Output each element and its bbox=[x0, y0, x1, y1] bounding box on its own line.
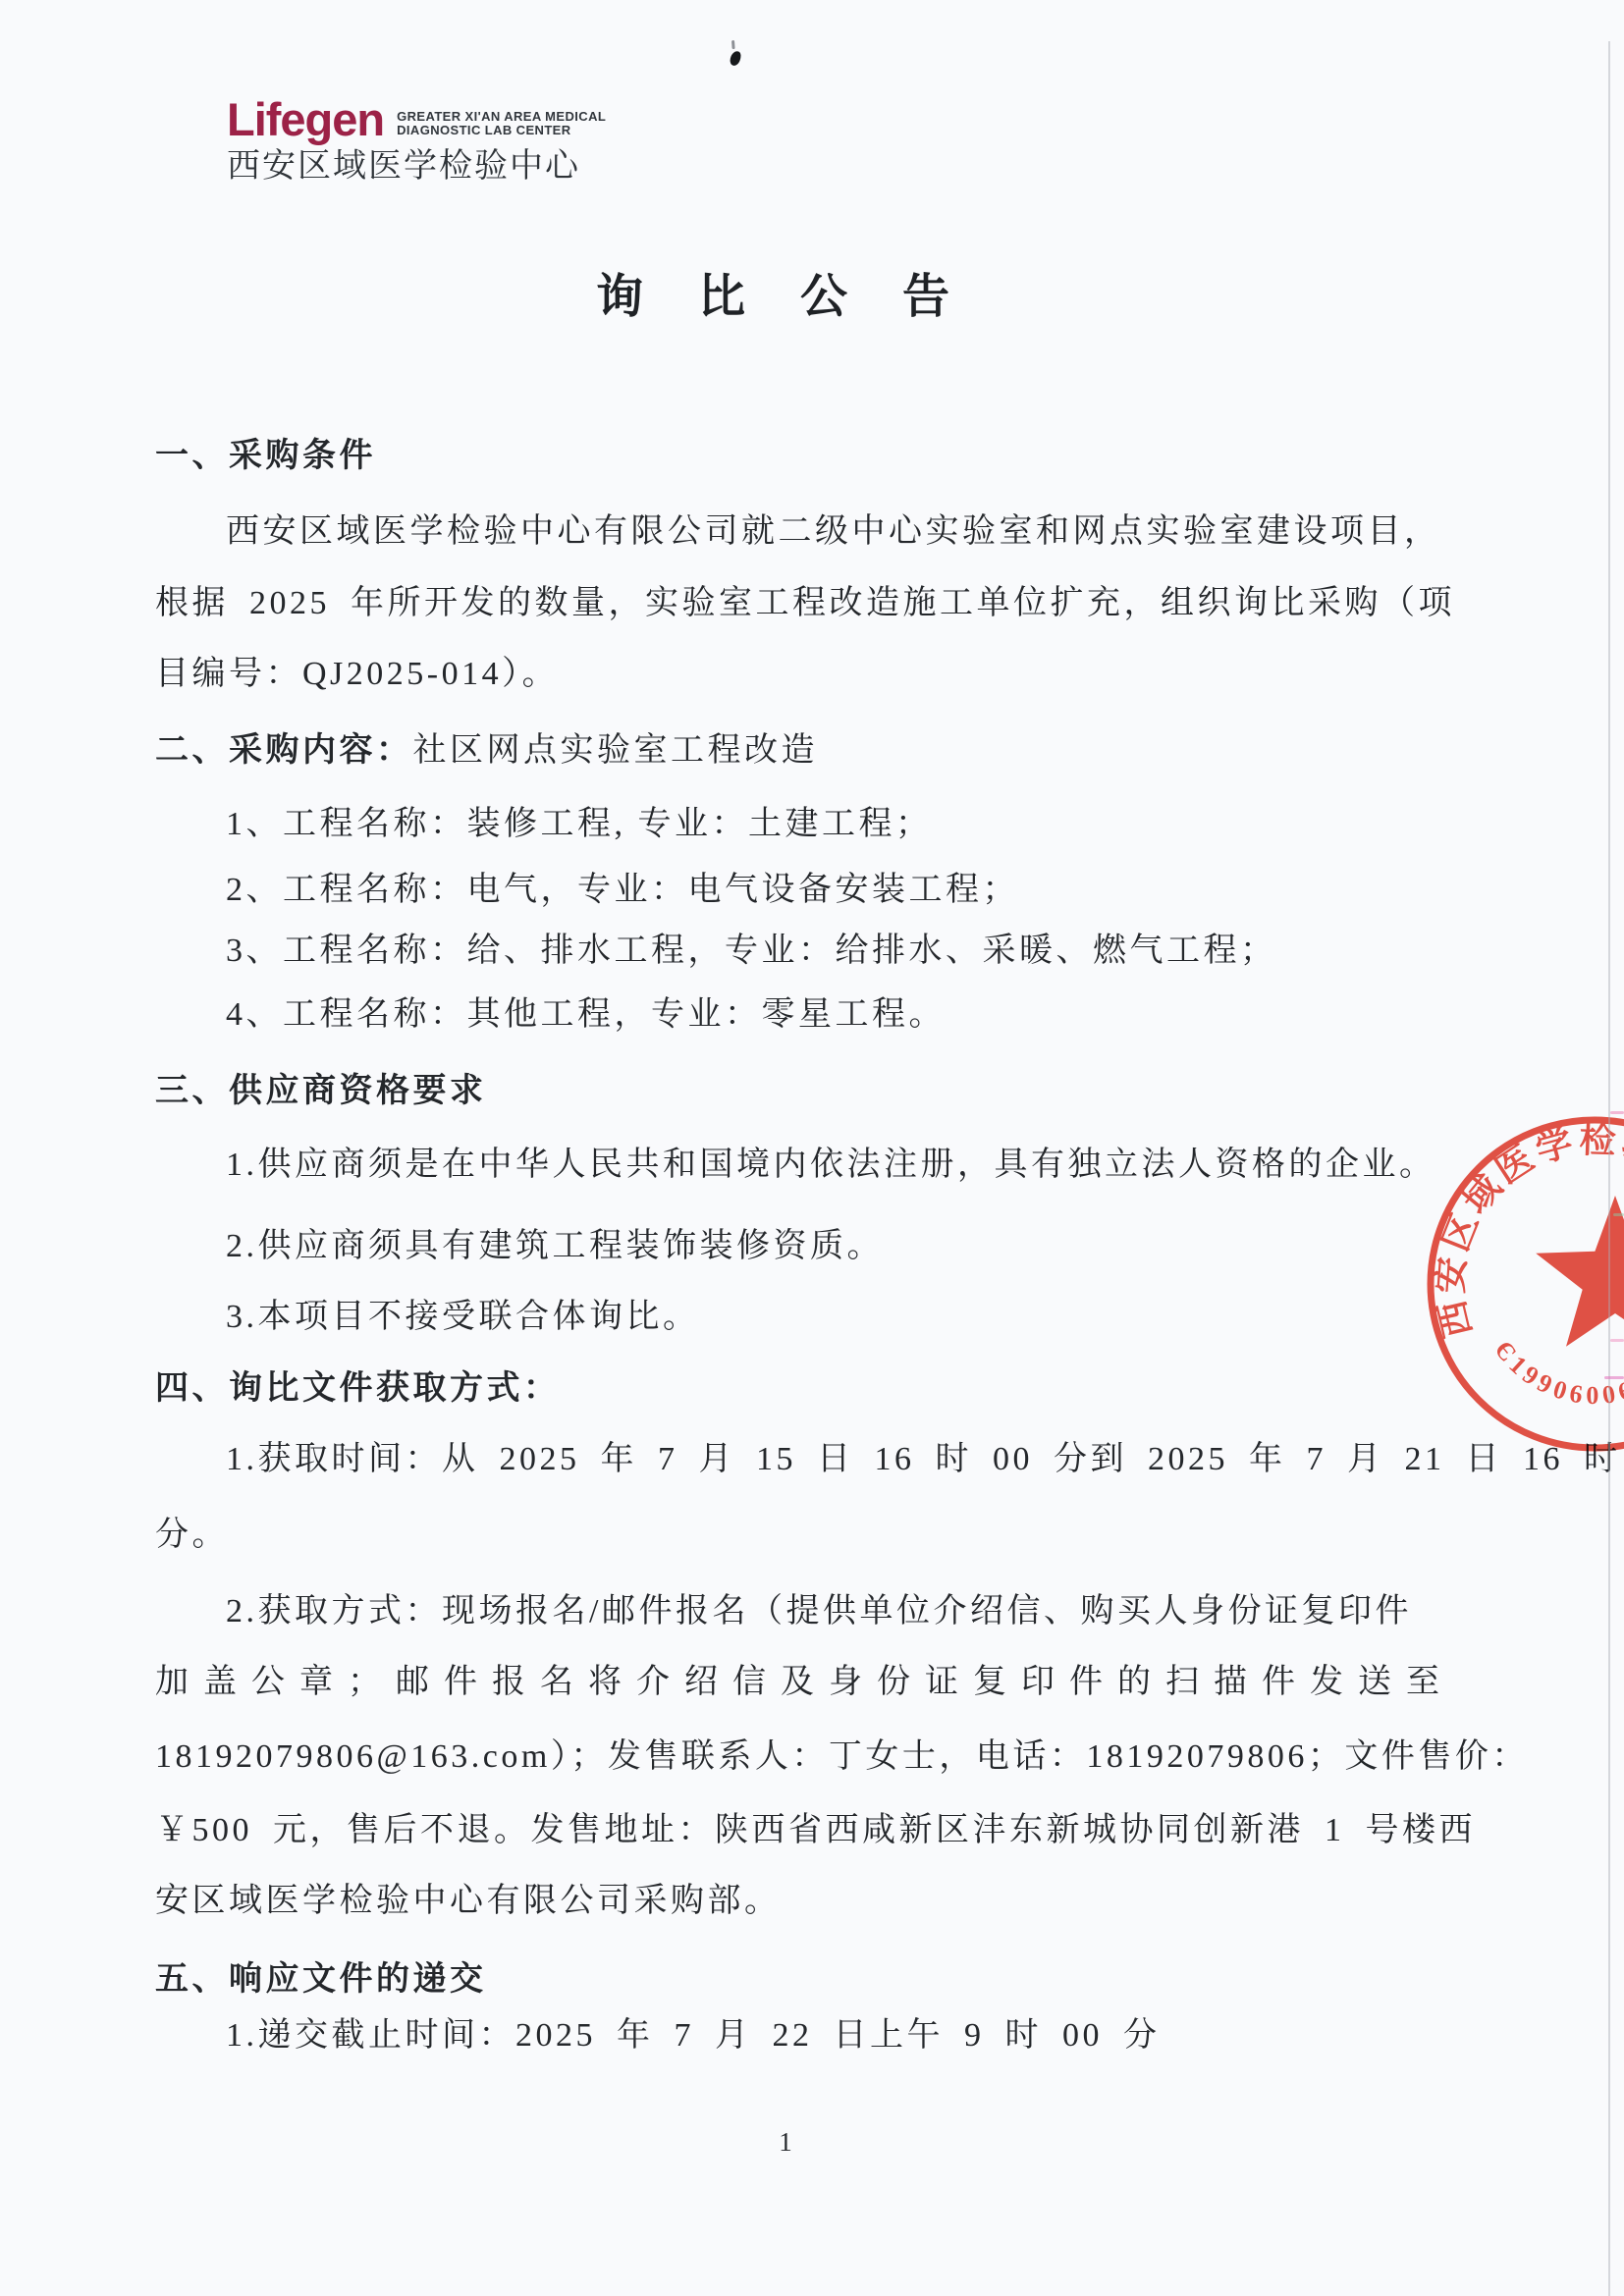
page-number: 1 bbox=[756, 2127, 815, 2158]
project-item: 4、工程名称：其他工程，专业：零星工程。 bbox=[226, 993, 946, 1037]
project-item: 2、工程名称：电气，专业：电气设备安装工程； bbox=[226, 869, 1019, 912]
qualification-item: 1.供应商须是在中华人民共和国境内依法注册，具有独立法人资格的企业。 bbox=[226, 1144, 1436, 1187]
tagline-line1: GREATER XI'AN AREA MEDICAL bbox=[397, 110, 606, 124]
obtain-method-line: 2.获取方式：现场报名/邮件报名（提供单位介绍信、购买人身份证复印件 bbox=[226, 1590, 1412, 1633]
section-3-heading: 三、供应商资格要求 bbox=[155, 1070, 487, 1113]
obtain-method-line: ￥500 元，售后不退。发售地址：陕西省西咸新区沣东新城协同创新港 1 号楼西 bbox=[155, 1809, 1476, 1852]
ink-mark bbox=[729, 50, 741, 67]
company-seal: 西安区域医学检验中心 Є1990600613 bbox=[1414, 1097, 1624, 1490]
scan-artifact bbox=[1613, 1213, 1624, 1216]
section-1-paragraph-line: 西安区域医学检验中心有限公司就二级中心实验室和网点实验室建设项目， bbox=[226, 510, 1441, 554]
deadline-line: 1.递交截止时间：2025 年 7 月 22 日上午 9 时 00 分 bbox=[226, 2014, 1161, 2057]
lifegen-logo-text: Lifegen bbox=[227, 96, 384, 142]
qualification-item: 2.供应商须具有建筑工程装饰装修资质。 bbox=[226, 1225, 884, 1268]
section-2-number: 二、 bbox=[155, 732, 229, 769]
project-item: 1、工程名称：装修工程, 专业：土建工程； bbox=[226, 803, 933, 846]
scan-artifact bbox=[1604, 1376, 1624, 1379]
seal-serial-text: Є1990600613 bbox=[1489, 1336, 1624, 1411]
section-2-heading: 二、采购内容：社区网点实验室工程改造 bbox=[155, 729, 818, 773]
section-1-paragraph-line: 目编号：QJ2025-014）。 bbox=[155, 653, 559, 696]
obtain-time-line: 分。 bbox=[155, 1514, 229, 1557]
section-1-heading: 一、采购条件 bbox=[155, 435, 376, 478]
project-item: 3、工程名称：给、排水工程，专业：给排水、采暖、燃气工程； bbox=[226, 930, 1277, 973]
letterhead: Lifegen GREATER XI'AN AREA MEDICAL DIAGN… bbox=[227, 96, 606, 184]
qualification-item: 3.本项目不接受联合体询比。 bbox=[226, 1296, 700, 1339]
scan-artifact bbox=[1610, 1339, 1624, 1342]
scanned-announcement-page: Lifegen GREATER XI'AN AREA MEDICAL DIAGN… bbox=[0, 0, 1624, 2296]
section-1-paragraph-line: 根据 2025 年所开发的数量，实验室工程改造施工单位扩充，组织询比采购（项 bbox=[155, 582, 1455, 625]
document-title: 询 比 公 告 bbox=[155, 271, 1412, 324]
obtain-method-line: 安区域医学检验中心有限公司采购部。 bbox=[155, 1880, 782, 1923]
logo-tagline: GREATER XI'AN AREA MEDICAL DIAGNOSTIC LA… bbox=[397, 96, 606, 137]
obtain-method-line: 18192079806@163.com）；发售联系人：丁女士，电话：181920… bbox=[155, 1735, 1529, 1779]
tagline-line2: DIAGNOSTIC LAB CENTER bbox=[397, 124, 606, 137]
logo-row: Lifegen GREATER XI'AN AREA MEDICAL DIAGN… bbox=[227, 96, 606, 142]
obtain-method-line: 加盖公章；邮件报名将介绍信及身份证复印件的扫描件发送至 bbox=[155, 1661, 1454, 1704]
section-2-heading-rest: 社区网点实验室工程改造 bbox=[413, 732, 819, 769]
section-4-heading: 四、询比文件获取方式： bbox=[155, 1367, 561, 1411]
section-2-heading-bold: 采购内容： bbox=[229, 732, 413, 769]
seal-star-icon bbox=[1536, 1196, 1624, 1347]
scan-edge-line bbox=[1608, 41, 1610, 2296]
scan-artifact bbox=[1610, 1111, 1624, 1114]
section-5-heading: 五、响应文件的递交 bbox=[155, 1958, 487, 2002]
company-name-cn: 西安区域医学检验中心 bbox=[227, 148, 606, 184]
